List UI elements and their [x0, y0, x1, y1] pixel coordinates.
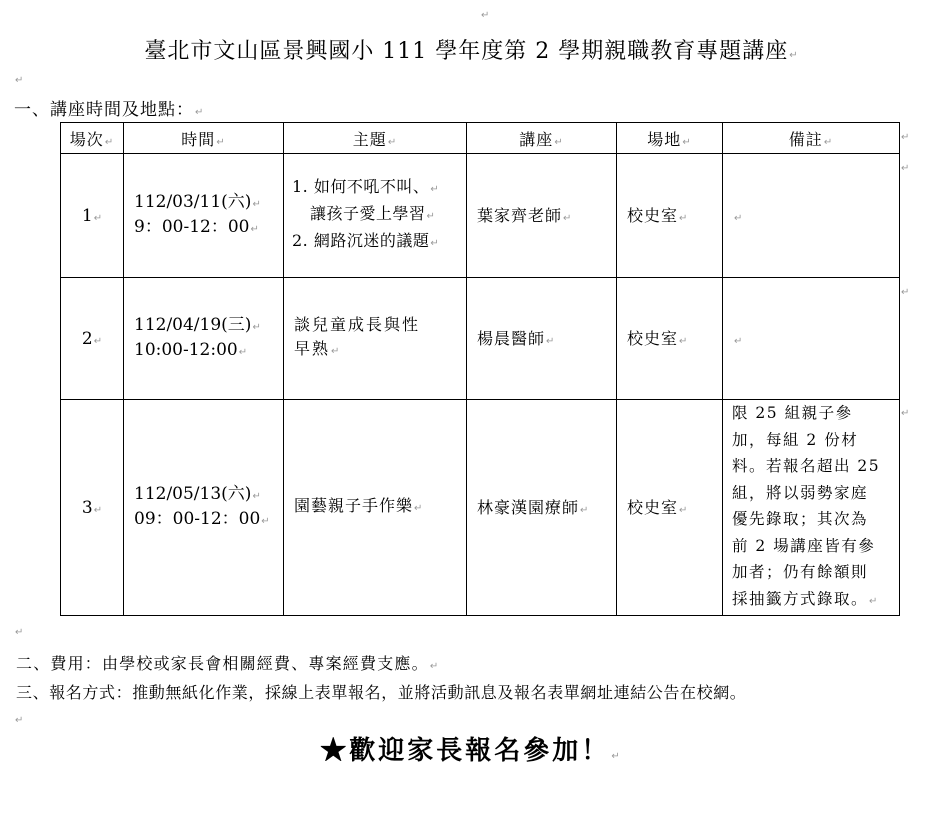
- session-topic: 談兒童成長與性 早熟↵: [284, 278, 467, 400]
- paragraph-mark: ↵: [481, 10, 489, 21]
- paragraph-mark: ↵: [15, 715, 23, 726]
- section-3-text: 三、報名方式：推動無紙化作業，採線上表單報名，並將活動訊息及報名表單網址連結公告…: [16, 683, 746, 702]
- header-note: 備註↵: [723, 123, 900, 154]
- session-speaker: 葉家齊老師↵: [467, 154, 617, 278]
- row-end-mark: ↵: [901, 163, 909, 174]
- session-speaker: 楊晨醫師↵: [467, 278, 617, 400]
- table-row: 3↵ 112/05/13(六)↵ 09：00-12：00↵ 園藝親子手作樂↵ 林…: [61, 400, 900, 616]
- schedule-table: 場次↵ 時間↵ 主題↵ 講座↵ 場地↵ 備註↵ 1↵ 112/03/11(六)↵…: [60, 122, 900, 616]
- welcome-text: ★歡迎家長報名參加！: [320, 736, 610, 766]
- session-note: ↵: [723, 154, 900, 278]
- session-number: 1↵: [61, 154, 124, 278]
- session-note: 限 25 組親子參 加，每組 2 份材 料。若報名超出 25 組，將以弱勢家庭 …: [723, 400, 900, 616]
- row-end-mark: ↵: [901, 132, 909, 143]
- section-2-text: 二、費用：由學校或家長會相關經費、專案經費支應。: [16, 654, 429, 673]
- session-venue: 校史室↵: [617, 278, 723, 400]
- document-title-text: 臺北市文山區景興國小 111 學年度第 2 學期親職教育專題講座: [144, 39, 788, 64]
- paragraph-mark: ↵: [15, 75, 23, 86]
- session-number: 2↵: [61, 278, 124, 400]
- welcome-banner: ★歡迎家長報名參加！↵: [0, 730, 943, 767]
- header-session: 場次↵: [61, 123, 124, 154]
- header-venue: 場地↵: [617, 123, 723, 154]
- session-topic: 1. 如何不吼不叫、↵ 讓孩子愛上學習↵ 2. 網路沉迷的議題↵: [284, 154, 467, 278]
- session-topic: 園藝親子手作樂↵: [284, 400, 467, 616]
- session-venue: 校史室↵: [617, 154, 723, 278]
- header-topic: 主題↵: [284, 123, 467, 154]
- session-time: 112/04/19(三)↵ 10:00-12:00↵: [124, 278, 284, 400]
- table-row: 1↵ 112/03/11(六)↵ 9：00-12：00↵ 1. 如何不吼不叫、↵…: [61, 154, 900, 278]
- paragraph-mark: ↵: [195, 107, 204, 118]
- session-note: ↵: [723, 278, 900, 400]
- session-venue: 校史室↵: [617, 400, 723, 616]
- session-time: 112/05/13(六)↵ 09：00-12：00↵: [124, 400, 284, 616]
- table-row: 2↵ 112/04/19(三)↵ 10:00-12:00↵ 談兒童成長與性 早熟…: [61, 278, 900, 400]
- paragraph-mark: ↵: [15, 627, 23, 638]
- session-number: 3↵: [61, 400, 124, 616]
- session-time: 112/03/11(六)↵ 9：00-12：00↵: [124, 154, 284, 278]
- section-1-heading-text: 一、講座時間及地點：: [14, 100, 194, 120]
- table-header-row: 場次↵ 時間↵ 主題↵ 講座↵ 場地↵ 備註↵: [61, 123, 900, 154]
- header-time: 時間↵: [124, 123, 284, 154]
- section-1-heading: 一、講座時間及地點：↵: [14, 95, 204, 120]
- paragraph-mark: ↵: [789, 50, 798, 61]
- document-title: 臺北市文山區景興國小 111 學年度第 2 學期親職教育專題講座↵: [0, 34, 943, 65]
- header-speaker: 講座↵: [467, 123, 617, 154]
- session-speaker: 林豪漢園療師↵: [467, 400, 617, 616]
- section-2-fees: 二、費用：由學校或家長會相關經費、專案經費支應。↵: [16, 651, 439, 674]
- row-end-mark: ↵: [901, 408, 909, 419]
- row-end-mark: ↵: [901, 287, 909, 298]
- section-3-registration: 三、報名方式：推動無紙化作業，採線上表單報名，並將活動訊息及報名表單網址連結公告…: [16, 680, 746, 703]
